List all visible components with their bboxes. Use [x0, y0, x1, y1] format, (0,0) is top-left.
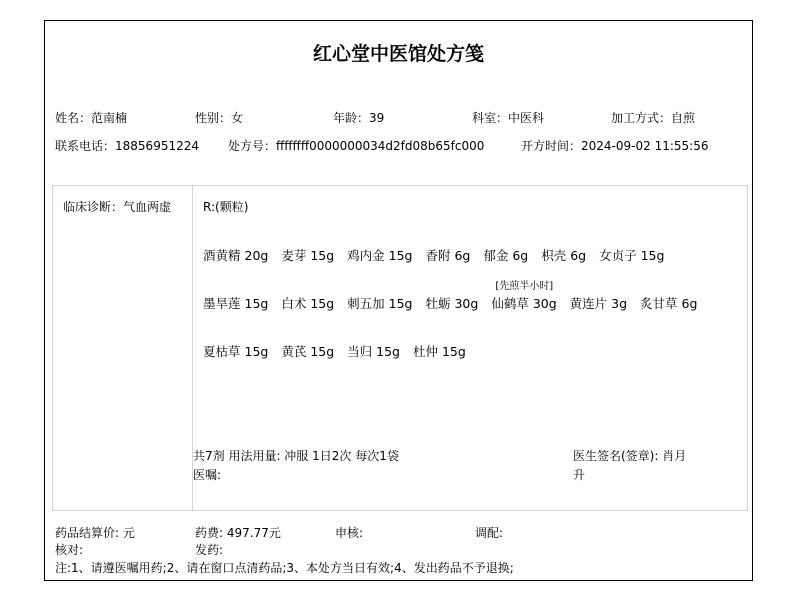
herb-item: 墨旱莲 15g — [203, 294, 268, 312]
herb-item: [先煎半小时]仙鹤草 30g — [491, 294, 556, 312]
herb-item: 黄芪 15g — [281, 342, 334, 360]
patient-age: 年龄：39 — [333, 109, 384, 126]
processing-method: 加工方式：自煎 — [611, 109, 695, 126]
diagnosis: 临床诊断：气血两虚 — [63, 198, 171, 215]
rx-number: 处方号：ffffffff0000000034d2fd08b65fc000 — [228, 137, 484, 154]
department-label: 科室： — [472, 111, 508, 125]
page-title: 红心堂中医馆处方笺 — [45, 39, 752, 66]
herb-item: 杜仲 15g — [413, 342, 466, 360]
herb-item: 麦芽 15g — [281, 246, 334, 264]
herb-item: 刺五加 15g — [347, 294, 412, 312]
herb-item: 鸡内金 15g — [347, 246, 412, 264]
gender-value: 女 — [231, 111, 243, 125]
herb-item: 白术 15g — [281, 294, 334, 312]
doctor-advice: 医嘱: — [193, 466, 221, 483]
diagnosis-label: 临床诊断： — [63, 200, 123, 214]
rx-time-value: 2024-09-02 11:55:56 — [581, 139, 708, 153]
rx-number-value: ffffffff0000000034d2fd08b65fc000 — [276, 139, 484, 153]
processing-value: 自煎 — [671, 111, 695, 125]
prescription-box: 临床诊断：气血两虚 R:(颗粒) 酒黄精 20g 麦芽 15g 鸡内金 15g … — [52, 185, 748, 511]
herb-item: 香附 6g — [425, 246, 470, 264]
herb-item: 酒黄精 20g — [203, 246, 268, 264]
herb-item: 牡蛎 30g — [425, 294, 478, 312]
rx-number-label: 处方号： — [228, 139, 276, 153]
phone-label: 联系电话： — [55, 139, 115, 153]
issue-drugs: 发药: — [195, 541, 223, 558]
processing-label: 加工方式： — [611, 111, 671, 125]
rx-time: 开方时间：2024-09-02 11:55:56 — [521, 137, 708, 154]
usage-dosage: 共7剂 用法用量: 冲服 1日2次 每次1袋 — [193, 447, 399, 464]
drug-fee: 药费: 497.77元 — [195, 524, 281, 541]
settlement-price: 药品结算价: 元 — [55, 524, 135, 541]
herb-item: 当归 15g — [347, 342, 400, 360]
herb-item: 郁金 6g — [483, 246, 528, 264]
phone: 联系电话：18856951224 — [55, 137, 199, 154]
herb-item: 夏枯草 15g — [203, 342, 268, 360]
patient-gender: 性别：女 — [195, 109, 243, 126]
patient-name: 姓名：范南楠 — [55, 109, 127, 126]
patient-name-value: 范南楠 — [91, 111, 127, 125]
patient-name-label: 姓名： — [55, 111, 91, 125]
notes: 注:1、请遵医嘱用药;2、请在窗口点清药品;3、本处方当日有效;4、发出药品不予… — [55, 559, 514, 576]
dispense: 调配: — [475, 524, 503, 541]
diagnosis-value: 气血两虚 — [123, 200, 171, 214]
department: 科室：中医科 — [472, 109, 544, 126]
herb-item: 女贞子 15g — [599, 246, 664, 264]
doctor-name-continued: 升 — [573, 466, 585, 483]
doctor-name: 肖月 — [662, 449, 686, 463]
rx-time-label: 开方时间： — [521, 139, 581, 153]
age-label: 年龄： — [333, 111, 369, 125]
doctor-signature: 医生签名(签章): 肖月 — [573, 447, 686, 464]
review: 申核: — [335, 524, 363, 541]
gender-label: 性别： — [195, 111, 231, 125]
herb-row-3: 夏枯草 15g 黄芪 15g 当归 15g 杜仲 15g — [203, 342, 475, 360]
herb-item: 黄连片 3g — [570, 294, 627, 312]
doctor-sign-label: 医生签名(签章): — [573, 449, 658, 463]
rx-type: R:(颗粒) — [203, 198, 248, 215]
herb-item: 枳壳 6g — [541, 246, 586, 264]
age-value: 39 — [369, 111, 384, 125]
herb-item: 炙甘草 6g — [640, 294, 697, 312]
prescription-sheet: 红心堂中医馆处方笺 姓名：范南楠 性别：女 年龄：39 科室：中医科 加工方式：… — [44, 20, 753, 581]
herb-note: [先煎半小时] — [495, 277, 553, 292]
herb-row-2: 墨旱莲 15g 白术 15g 刺五加 15g 牡蛎 30g [先煎半小时]仙鹤草… — [203, 294, 706, 312]
phone-value: 18856951224 — [115, 139, 199, 153]
check: 核对: — [55, 541, 83, 558]
herb-row-1: 酒黄精 20g 麦芽 15g 鸡内金 15g 香附 6g 郁金 6g 枳壳 6g… — [203, 246, 673, 264]
department-value: 中医科 — [508, 111, 544, 125]
